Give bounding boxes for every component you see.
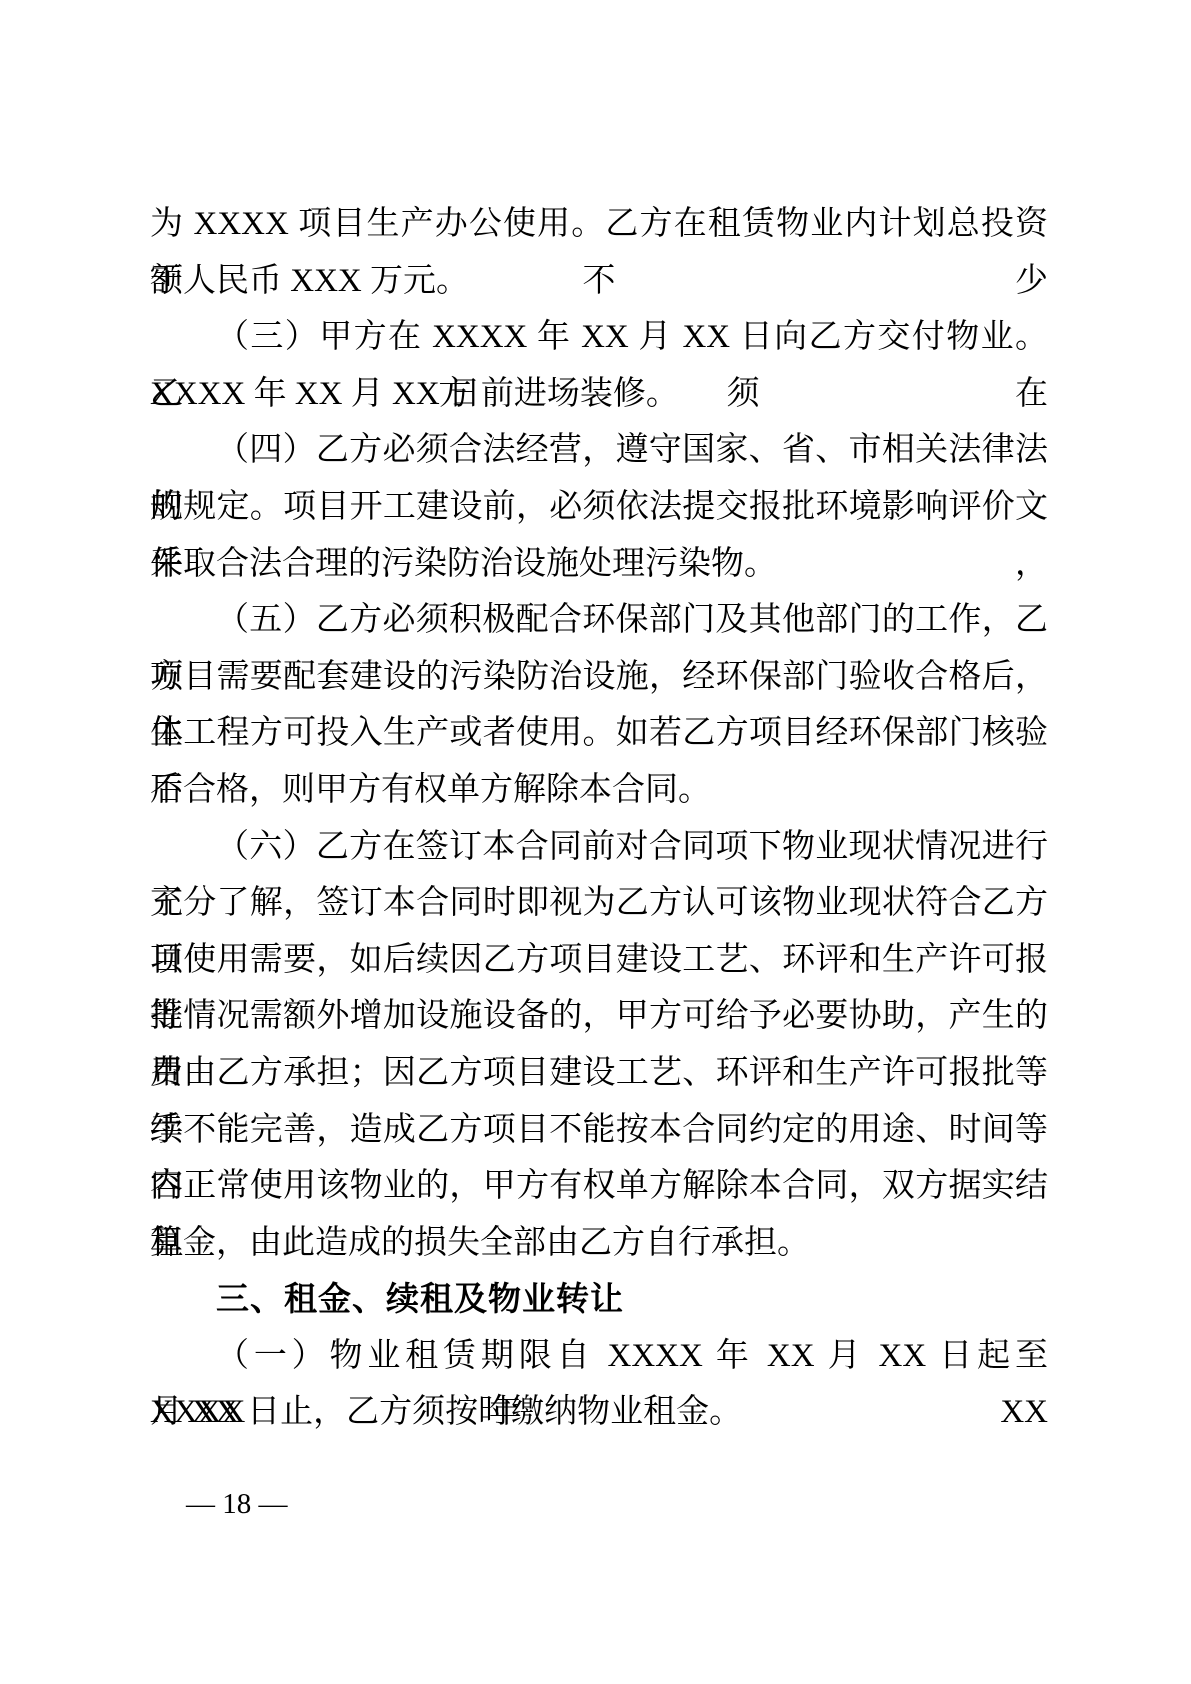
body-line: 等情况需额外增加设施设备的，甲方可给予必要协助，产生的费 — [150, 988, 1048, 1045]
body-line: （三）甲方在 XXXX 年 XX 月 XX 日向乙方交付物业。乙方须在 — [150, 309, 1048, 366]
body-line: 的规定。项目开工建设前，必须依法提交报批环境影响评价文件， — [150, 479, 1048, 536]
body-line: 体工程方可投入生产或者使用。如若乙方项目经环保部门核验后 — [150, 705, 1048, 762]
document-body: 为 XXXX 项目生产办公使用。乙方在租赁物业内计划总投资额不少 于人民币 XX… — [150, 196, 1048, 1441]
body-line: 充分了解，签订本合同时即视为乙方认可该物业现状符合乙方项 — [150, 875, 1048, 932]
body-line: （五）乙方必须积极配合环保部门及其他部门的工作，乙方 — [150, 592, 1048, 649]
body-line: 不合格，则甲方有权单方解除本合同。 — [150, 762, 1048, 819]
section-heading: 三、租金、续租及物业转让 — [150, 1271, 1048, 1328]
body-line: （六）乙方在签订本合同前对合同项下物业现状情况进行了 — [150, 819, 1048, 876]
body-line: （一）物业租赁期限自 XXXX 年 XX 月 XX 日起至 XXXX 年 XX — [150, 1328, 1048, 1385]
body-line: 续不能完善，造成乙方项目不能按本合同约定的用途、时间等内 — [150, 1102, 1048, 1159]
body-line: （四）乙方必须合法经营，遵守国家、省、市相关法律法规 — [150, 422, 1048, 479]
body-line: 目使用需要，如后续因乙方项目建设工艺、环评和生产许可报批 — [150, 932, 1048, 989]
body-line: 租金，由此造成的损失全部由乙方自行承担。 — [150, 1215, 1048, 1272]
body-line: 容正常使用该物业的，甲方有权单方解除本合同，双方据实结算 — [150, 1158, 1048, 1215]
page-number: — 18 — — [186, 1484, 288, 1524]
body-line: 项目需要配套建设的污染防治设施，经环保部门验收合格后，主 — [150, 649, 1048, 706]
body-line: 为 XXXX 项目生产办公使用。乙方在租赁物业内计划总投资额不少 — [150, 196, 1048, 253]
body-line: 用由乙方承担；因乙方项目建设工艺、环评和生产许可报批等手 — [150, 1045, 1048, 1102]
document-page: 为 XXXX 项目生产办公使用。乙方在租赁物业内计划总投资额不少 于人民币 XX… — [0, 0, 1191, 1684]
